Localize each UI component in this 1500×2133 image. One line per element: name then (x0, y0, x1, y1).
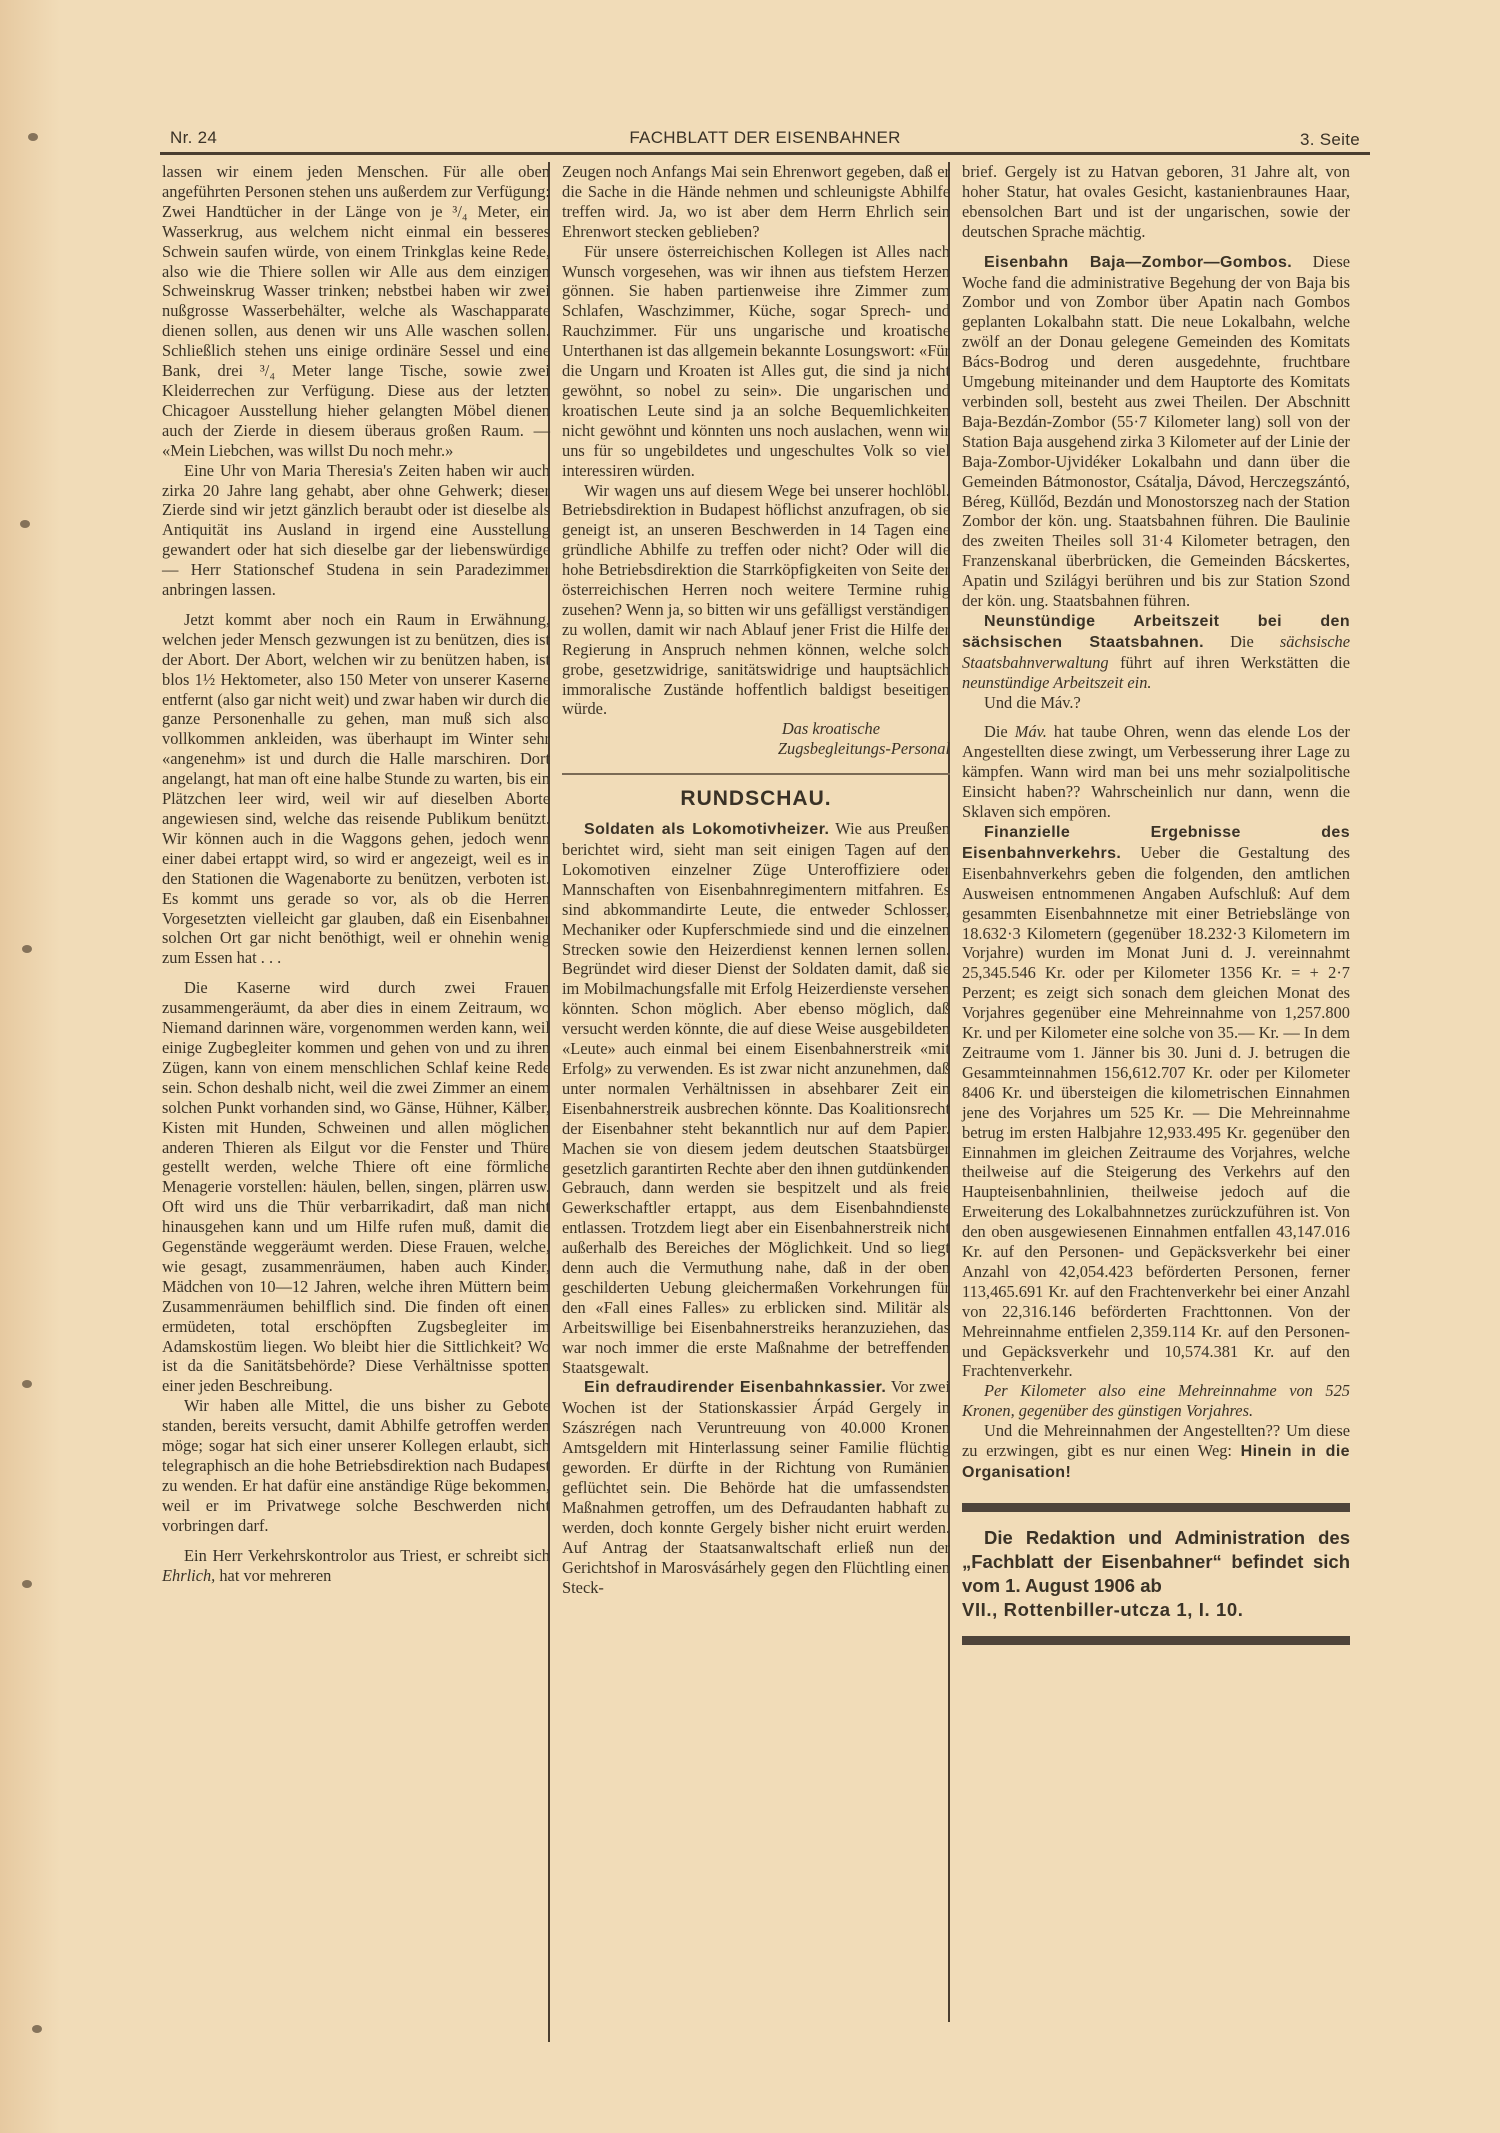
paragraph: Wir wagen uns auf diesem Wege bei unsere… (562, 481, 950, 720)
paragraph: Und die Máv.? (962, 693, 1350, 713)
section-rule (562, 773, 950, 775)
paragraph: Per Kilometer also eine Mehreinnahme von… (962, 1381, 1350, 1421)
publication-title: FACHBLATT DER EISENBAHNER (160, 128, 1370, 148)
paragraph: Ein Herr Verkehrskontrolor aus Triest, e… (162, 1546, 550, 1586)
binding-hole (28, 133, 38, 141)
article-kassier: Ein defraudirender Eisenbahnkassier. Vor… (562, 1377, 950, 1597)
binding-hole (32, 2025, 42, 2033)
paragraph: Die Kaserne wird durch zwei Frauen zusam… (162, 978, 550, 1396)
article-heading: Soldaten als Lokomotivheizer. (584, 821, 829, 838)
page-number: 3. Seite (1300, 130, 1360, 150)
binding-hole (22, 945, 32, 953)
article-soldaten: Soldaten als Lokomotivheizer. Wie aus Pr… (562, 819, 950, 1377)
article-finanzielle: Finanzielle Ergebnisse des Eisenbahnverk… (962, 822, 1350, 1381)
header-rule (160, 152, 1370, 155)
notice-bar-top (962, 1503, 1350, 1512)
name-ehrlich: Ehrlich, (162, 1566, 215, 1585)
column-1: lassen wir einem jeden Menschen. Für all… (162, 162, 550, 1585)
binding-hole (20, 520, 30, 528)
column-2: Zeugen noch Anfangs Mai sein Ehrenwort g… (562, 162, 950, 1597)
paragraph: Für unsere österreichischen Kollegen ist… (562, 242, 950, 481)
paragraph: brief. Gergely ist zu Hatvan geboren, 31… (962, 162, 1350, 242)
column-3: brief. Gergely ist zu Hatvan geboren, 31… (962, 162, 1350, 1659)
binding-hole (22, 1580, 32, 1588)
signature: Das kroatische Zugsbegleitungs-Personal (562, 719, 950, 759)
paragraph: lassen wir einem jeden Menschen. Für all… (162, 162, 550, 461)
page-edge-shadow (0, 0, 60, 2133)
address-notice: Die Redaktion und Administration des „Fa… (962, 1526, 1350, 1622)
paragraph: Und die Mehreinnahmen der Angestellten??… (962, 1421, 1350, 1483)
article-neunstuendige: Neunstündige Arbeitszeit bei den sächsis… (962, 611, 1350, 693)
paragraph: Eine Uhr von Maria Theresia's Zeiten hab… (162, 461, 550, 600)
notice-address: VII., Rottenbiller-utcza 1, I. 10. (962, 1599, 1244, 1620)
paragraph: Die Máv. hat taube Ohren, wenn das elend… (962, 722, 1350, 822)
paragraph: Zeugen noch Anfangs Mai sein Ehrenwort g… (562, 162, 950, 242)
paragraph: Wir haben alle Mittel, die uns bisher zu… (162, 1396, 550, 1535)
article-heading: Eisenbahn Baja—Zombor—Gombos. (984, 254, 1292, 271)
binding-hole (22, 1380, 32, 1388)
article-baja: Eisenbahn Baja—Zombor—Gombos. Diese Woch… (962, 252, 1350, 611)
notice-bar-bottom (962, 1636, 1350, 1645)
article-heading: Ein defraudirender Eisenbahnkassier. (584, 1379, 886, 1396)
paragraph: Jetzt kommt aber noch ein Raum in Erwähn… (162, 610, 550, 968)
section-title-rundschau: RUNDSCHAU. (562, 789, 950, 809)
